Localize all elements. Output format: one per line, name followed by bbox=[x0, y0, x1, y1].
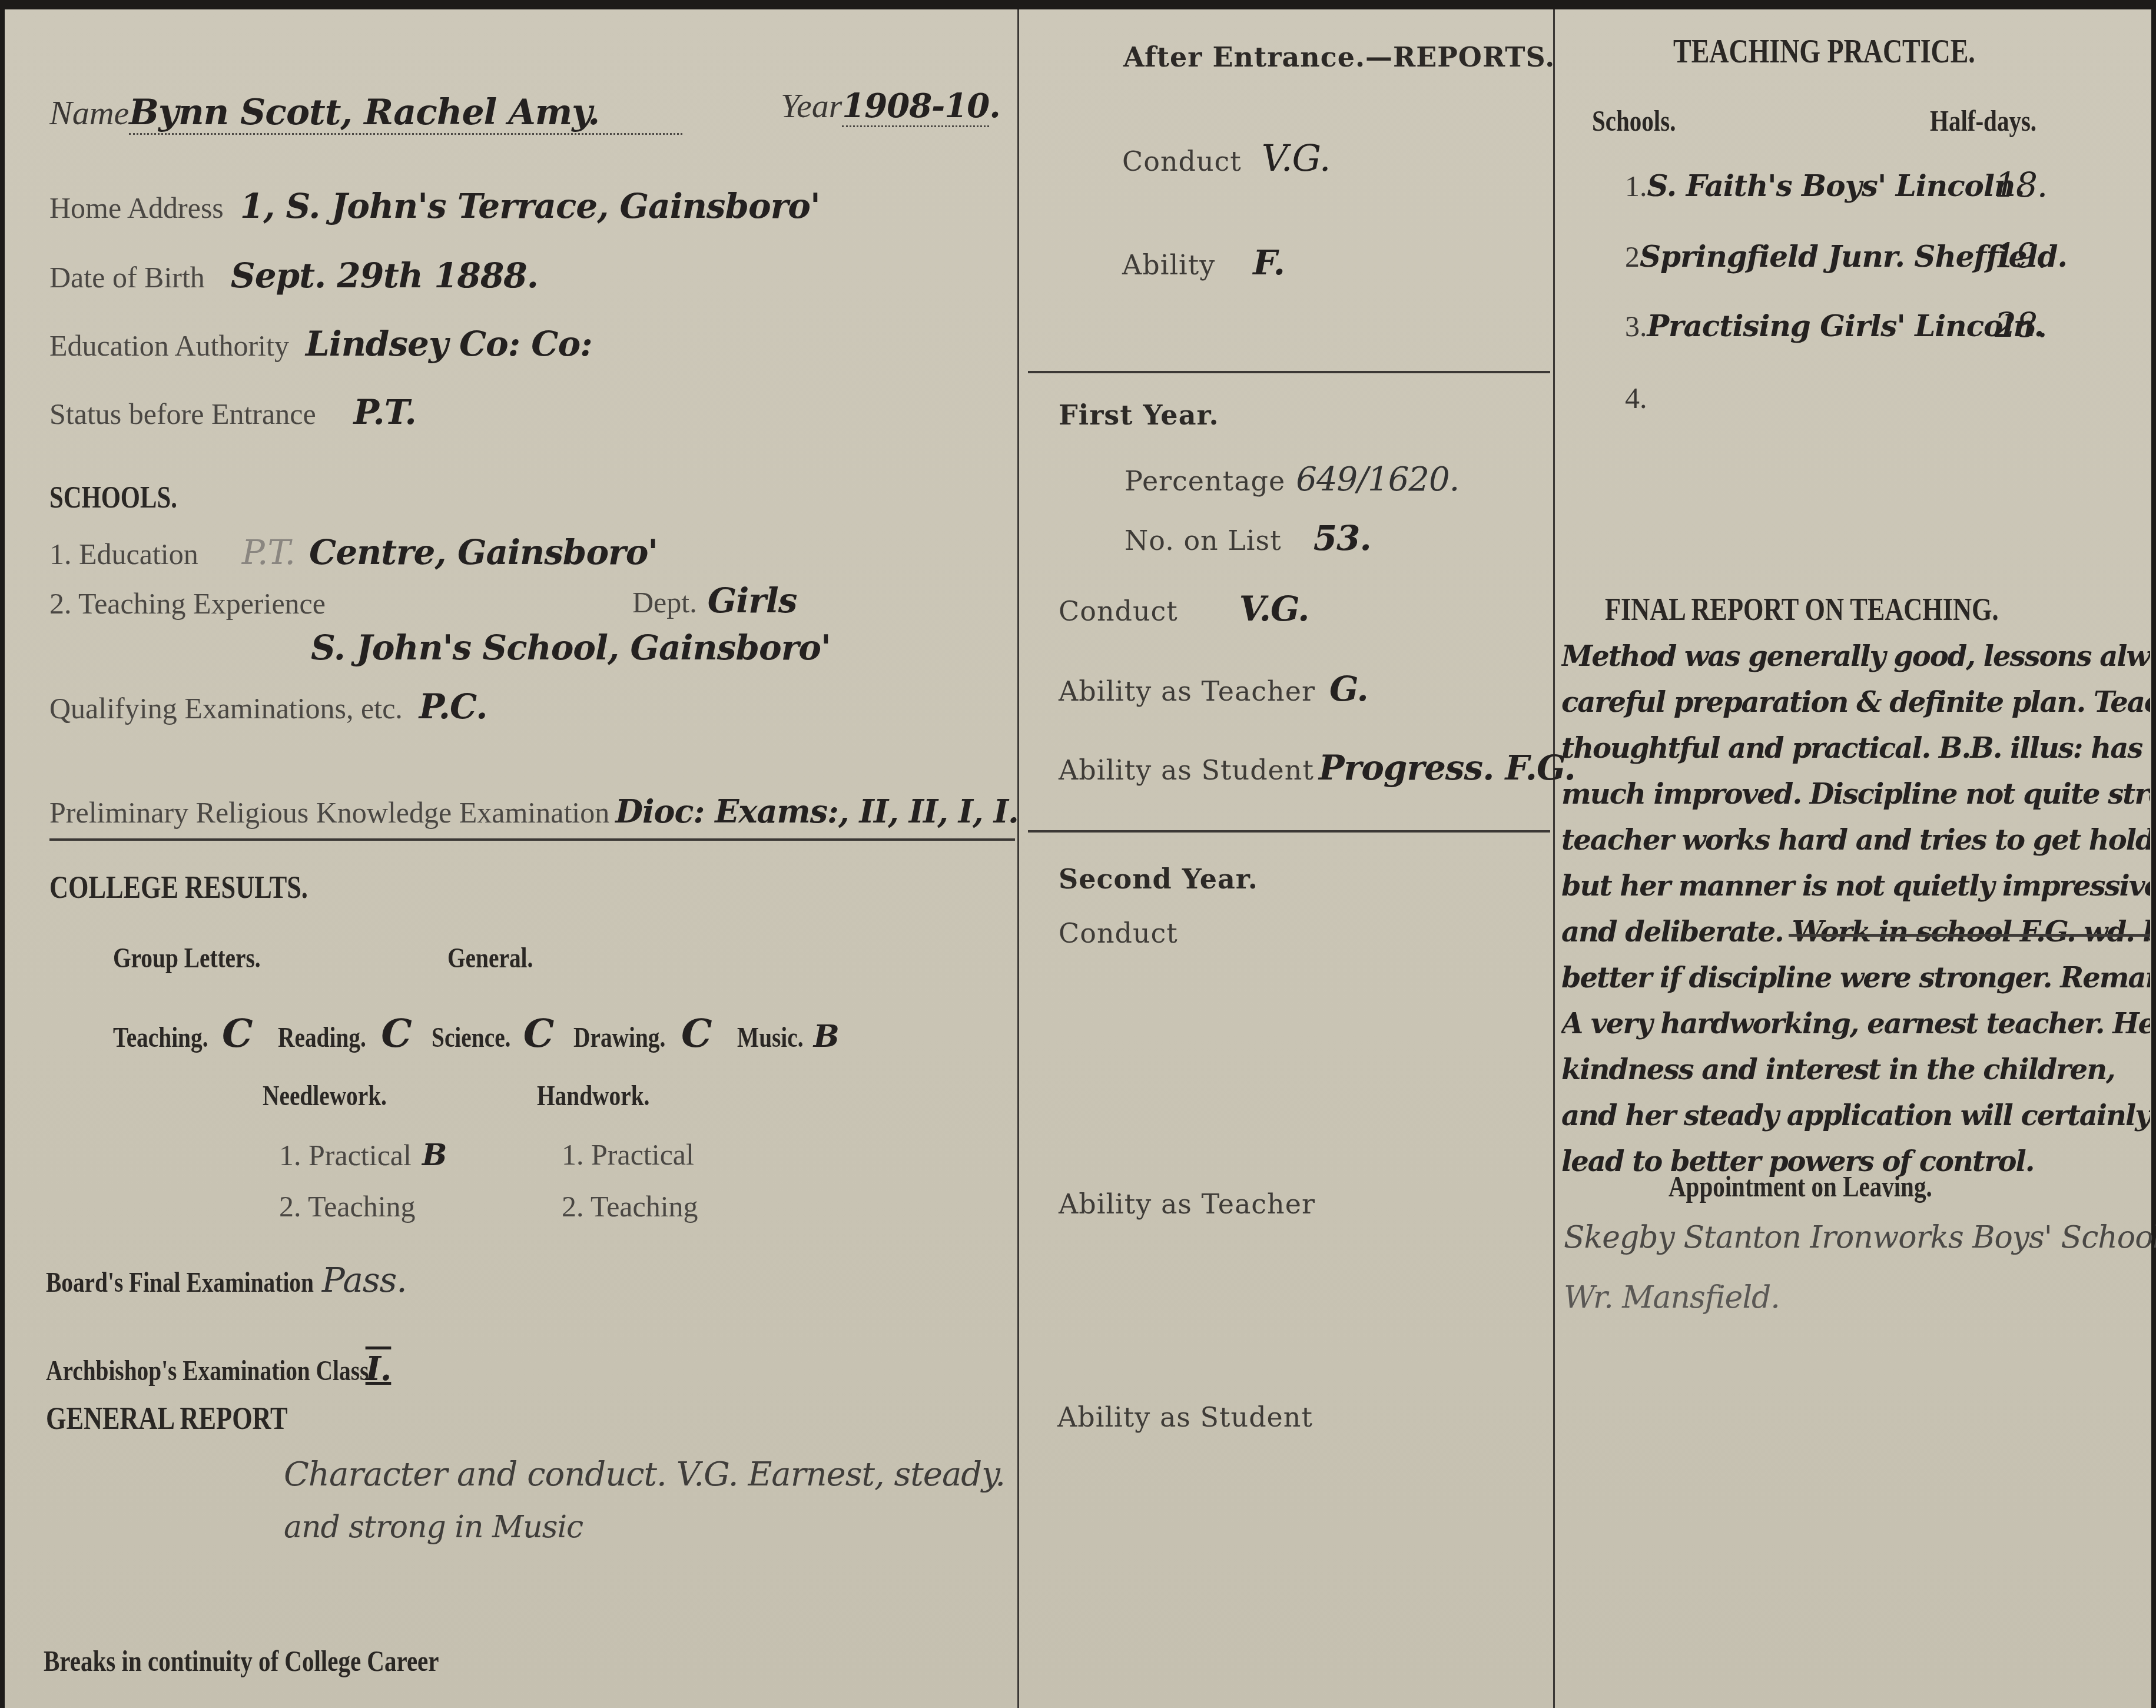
fy-conduct-label: Conduct bbox=[1059, 595, 1178, 627]
needle-practical-value: B bbox=[422, 1137, 446, 1172]
column-divider-left bbox=[1017, 9, 1019, 1708]
general-report-line-2: and strong in Music bbox=[284, 1510, 583, 1545]
qualifying-row: Qualifying Examinations, etc. P.C. bbox=[49, 686, 487, 727]
year-value: 1908-10. bbox=[842, 87, 989, 127]
prelim-value: Dioc: Exams:, II, II, I, I. bbox=[615, 792, 1019, 830]
home-address-row: Home Address 1, S. John's Terrace, Gains… bbox=[49, 186, 820, 226]
after-entrance-heading: After Entrance.—REPORTS. bbox=[1123, 41, 1555, 73]
final-report-text: Method was generally good, lessons alway… bbox=[1561, 634, 2150, 1185]
fy-student-row: Ability as StudentProgress. F.G. bbox=[1059, 748, 1575, 788]
final-report-line: but her manner is not quietly impressive bbox=[1561, 863, 2150, 909]
fy-student-label: Ability as Student bbox=[1059, 754, 1314, 786]
sy-teacher-label: Ability as Teacher bbox=[1059, 1188, 1315, 1220]
final-report-line: careful preparation & definite plan. Tea… bbox=[1561, 679, 2150, 725]
no-on-list-row: No. on List 53. bbox=[1125, 518, 1371, 558]
appointment-line-1: Skegby Stanton Ironworks Boys' School bbox=[1564, 1220, 2156, 1255]
archbishop-value: I. bbox=[366, 1349, 392, 1388]
status-label: Status before Entrance bbox=[49, 397, 316, 430]
fy-conduct-value: V.G. bbox=[1239, 589, 1309, 629]
archbishop-label: Archbishop's Examination Class bbox=[46, 1355, 369, 1387]
grade-teaching-label: Teaching. bbox=[113, 1022, 208, 1054]
grade-drawing-label: Drawing. bbox=[573, 1022, 665, 1054]
general-report-line-1: Character and conduct. V.G. Earnest, ste… bbox=[284, 1455, 1005, 1494]
year-row: Year1908-10. bbox=[781, 86, 989, 127]
fy-conduct-row: Conduct V.G. bbox=[1059, 589, 1309, 629]
needle-practical-row: 1. Practical B bbox=[279, 1137, 446, 1172]
fy-student-value: Progress. F.G. bbox=[1319, 748, 1575, 788]
needle-practical-label: 1. Practical bbox=[279, 1139, 412, 1172]
grades-row: Teaching.C Reading.C Science.C Drawing.C… bbox=[113, 1010, 839, 1056]
grade-science-value: C bbox=[523, 1010, 554, 1056]
board-final-value: Pass. bbox=[322, 1260, 407, 1300]
home-address-label: Home Address bbox=[49, 191, 224, 224]
archbishop-row: Archbishop's Examination Class I. bbox=[46, 1349, 391, 1388]
schools-heading: SCHOOLS. bbox=[49, 480, 177, 515]
grade-science: Science.C bbox=[432, 1039, 553, 1049]
hand-practical-label: 1. Practical bbox=[562, 1137, 694, 1172]
board-final-row: Board's Final Examination Pass. bbox=[46, 1260, 407, 1300]
group-letters-label: Group Letters. bbox=[113, 942, 261, 974]
teaching-practice-heading: TEACHING PRACTICE. bbox=[1673, 33, 1975, 71]
college-results-heading: COLLEGE RESULTS. bbox=[49, 869, 308, 906]
practice-row-school: S. Faith's Boys' Lincoln. bbox=[1647, 168, 2025, 203]
teaching-practice-row: 4. bbox=[1625, 380, 1647, 415]
home-address-value: 1, S. John's Terrace, Gainsboro' bbox=[240, 186, 820, 226]
authority-label: Education Authority bbox=[49, 329, 289, 362]
rule-middle-1 bbox=[1028, 371, 1550, 373]
grade-drawing-value: C bbox=[681, 1010, 712, 1056]
grade-music-label: Music. bbox=[737, 1022, 804, 1054]
grade-reading-value: C bbox=[381, 1010, 412, 1056]
dob-value: Sept. 29th 1888. bbox=[231, 256, 538, 296]
final-report-line: and her steady application will certainl… bbox=[1561, 1093, 2150, 1139]
ae-conduct-label: Conduct bbox=[1122, 145, 1242, 177]
practice-row-number: 2 bbox=[1625, 240, 1640, 273]
no-on-list-value: 53. bbox=[1313, 518, 1371, 558]
rule-middle-2 bbox=[1028, 830, 1550, 833]
qualifying-value: P.C. bbox=[419, 686, 487, 727]
ae-ability-row: Ability F. bbox=[1122, 243, 1285, 283]
grade-reading: Reading.C bbox=[278, 1039, 411, 1049]
education-prefix: P.T. bbox=[242, 532, 295, 572]
teaching-practice-row: 3.Practising Girls' Lincoln. bbox=[1625, 309, 2044, 343]
teaching-experience-value: S. John's School, Gainsboro' bbox=[311, 628, 831, 668]
ae-conduct-row: Conduct V.G. bbox=[1122, 137, 1331, 180]
sy-conduct-label: Conduct bbox=[1059, 917, 1178, 949]
percentage-value: 649/1620. bbox=[1296, 460, 1459, 499]
education-row: 1. Education P.T. Centre, Gainsboro' bbox=[49, 532, 658, 572]
college-record-card: NameBynn Scott, Rachel Amy. Year1908-10.… bbox=[5, 9, 2151, 1708]
remarks-underline bbox=[1789, 934, 2150, 937]
status-row: Status before Entrance P.T. bbox=[49, 392, 416, 432]
teaching-practice-row: 1.S. Faith's Boys' Lincoln. bbox=[1625, 168, 2025, 203]
ae-conduct-value: V.G. bbox=[1262, 137, 1331, 180]
name-row: NameBynn Scott, Rachel Amy. bbox=[49, 92, 682, 135]
needle-teaching-label: 2. Teaching bbox=[279, 1189, 416, 1223]
percentage-label: Percentage bbox=[1125, 465, 1285, 497]
final-report-line: kindness and interest in the children, bbox=[1561, 1047, 2150, 1093]
appointment-heading: Appointment on Leaving. bbox=[1669, 1169, 1932, 1203]
no-on-list-label: No. on List bbox=[1125, 525, 1282, 556]
practice-row-number: 1. bbox=[1625, 170, 1647, 203]
hand-teaching-label: 2. Teaching bbox=[562, 1189, 698, 1223]
schools-column-header: Schools. bbox=[1592, 104, 1676, 138]
name-label: Name bbox=[49, 94, 129, 132]
fy-teacher-row: Ability as Teacher G. bbox=[1059, 669, 1368, 709]
grade-music-value: B bbox=[814, 1019, 839, 1054]
authority-value: Lindsey Co: Co: bbox=[306, 324, 592, 364]
final-report-line: Method was generally good, lessons alway… bbox=[1561, 634, 2150, 679]
halfdays-column-header: Half-days. bbox=[1930, 104, 2036, 138]
prelim-label: Preliminary Religious Knowledge Examinat… bbox=[49, 796, 609, 829]
dept-label: Dept. bbox=[632, 586, 697, 619]
teaching-experience-row: 2. Teaching Experience bbox=[49, 586, 326, 621]
practice-row-number: 3. bbox=[1625, 310, 1647, 343]
appointment-line-2: Wr. Mansfield. bbox=[1564, 1280, 1780, 1315]
practice-row-number: 4. bbox=[1625, 382, 1647, 414]
practice-row-halfdays: 19. bbox=[1995, 236, 2047, 276]
grade-reading-label: Reading. bbox=[278, 1022, 366, 1054]
percentage-row: Percentage 649/1620. bbox=[1125, 460, 1459, 499]
status-value: P.T. bbox=[354, 392, 416, 432]
education-value: Centre, Gainsboro' bbox=[309, 532, 658, 572]
final-report-line: and deliberate. Work in school F.G. wd. … bbox=[1561, 909, 2150, 955]
final-report-line: much improved. Discipline not quite stro… bbox=[1561, 771, 2150, 817]
dob-label: Date of Birth bbox=[49, 261, 205, 294]
fy-teacher-value: G. bbox=[1329, 669, 1368, 709]
column-divider-right bbox=[1553, 9, 1555, 1708]
general-report-heading: GENERAL REPORT bbox=[46, 1400, 288, 1437]
needlework-label: Needlework. bbox=[263, 1080, 387, 1112]
year-label: Year bbox=[781, 87, 842, 125]
breaks-label: Breaks in continuity of College Career bbox=[44, 1644, 439, 1678]
board-final-label: Board's Final Examination bbox=[46, 1266, 314, 1299]
prelim-row: Preliminary Religious Knowledge Examinat… bbox=[49, 792, 1019, 830]
handwork-label: Handwork. bbox=[537, 1080, 649, 1112]
qualifying-label: Qualifying Examinations, etc. bbox=[49, 692, 403, 725]
final-report-line: A very hardworking, earnest teacher. Her bbox=[1561, 1001, 2150, 1047]
practice-row-halfdays: 28. bbox=[1995, 305, 2047, 345]
final-report-line: better if discipline were stronger. Rema… bbox=[1561, 955, 2150, 1001]
grade-teaching: Teaching.C bbox=[113, 1039, 252, 1049]
practice-row-halfdays: 18. bbox=[1995, 165, 2047, 205]
grade-music: Music.B bbox=[737, 1039, 838, 1049]
fy-teacher-label: Ability as Teacher bbox=[1059, 675, 1315, 707]
grade-teaching-value: C bbox=[222, 1010, 253, 1056]
practice-row-school: Practising Girls' Lincoln. bbox=[1647, 309, 2044, 343]
general-label: General. bbox=[447, 942, 533, 974]
dob-row: Date of Birth Sept. 29th 1888. bbox=[49, 256, 538, 296]
final-report-line: teacher works hard and tries to get hold… bbox=[1561, 817, 2150, 863]
teaching-experience-label: 2. Teaching Experience bbox=[49, 587, 326, 620]
final-report-heading: FINAL REPORT ON TEACHING. bbox=[1605, 591, 1999, 628]
dept-row: Dept. Girls bbox=[632, 581, 797, 621]
sy-student-label: Ability as Student bbox=[1057, 1401, 1313, 1433]
dept-value: Girls bbox=[708, 581, 797, 621]
rule-left-mid bbox=[49, 838, 1015, 841]
education-label: 1. Education bbox=[49, 538, 198, 571]
name-value: Bynn Scott, Rachel Amy. bbox=[129, 92, 682, 135]
final-report-line: thoughtful and practical. B.B. illus: ha… bbox=[1561, 725, 2150, 771]
first-year-heading: First Year. bbox=[1059, 399, 1219, 431]
second-year-heading: Second Year. bbox=[1059, 863, 1258, 895]
ae-ability-value: F. bbox=[1253, 243, 1285, 283]
grade-science-label: Science. bbox=[432, 1022, 510, 1054]
grade-drawing: Drawing.C bbox=[573, 1039, 711, 1049]
authority-row: Education Authority Lindsey Co: Co: bbox=[49, 324, 592, 364]
ae-ability-label: Ability bbox=[1122, 249, 1215, 281]
